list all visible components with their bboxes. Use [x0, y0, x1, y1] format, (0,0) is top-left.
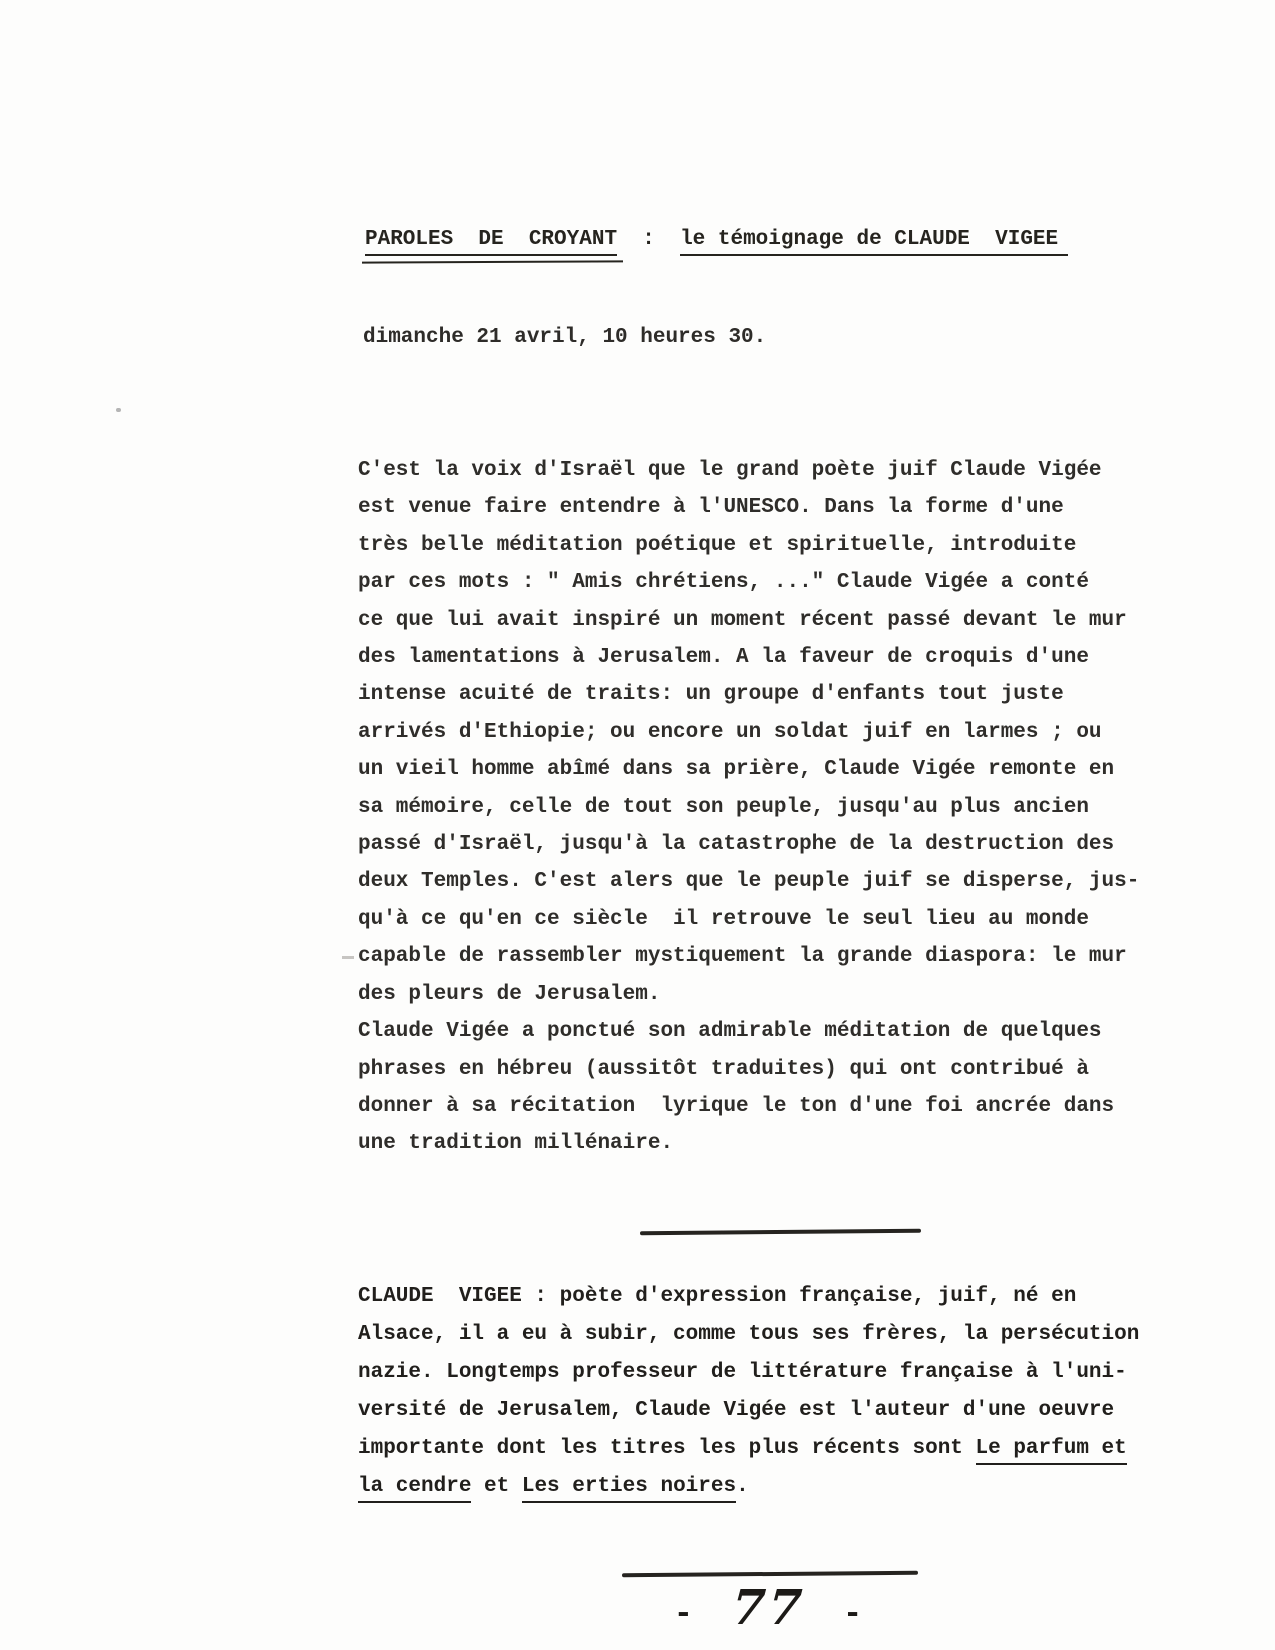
- body-line: des pleurs de Jerusalem.: [358, 976, 1139, 1013]
- bio-line: versité de Jerusalem, Claude Vigée est l…: [358, 1392, 1139, 1430]
- bio-line: importante dont les titres les plus réce…: [358, 1430, 1139, 1468]
- bio-line: CLAUDE VIGEE : poète d'expression frança…: [358, 1278, 1139, 1316]
- body-line: arrivés d'Ethiopie; ou encore un soldat …: [358, 714, 1139, 751]
- book-title-les-erties-noires: Les erties noires: [522, 1475, 736, 1503]
- body-line: sa mémoire, celle de tout son peuple, ju…: [358, 789, 1139, 826]
- body-line: un vieil homme abîmé dans sa prière, Cla…: [358, 751, 1139, 788]
- section-divider: [640, 1229, 921, 1235]
- page-number-dash-left: -: [677, 1595, 689, 1630]
- body-line: C'est la voix d'Israël que le grand poèt…: [358, 452, 1139, 489]
- book-title-le-parfum: Le parfum et: [976, 1437, 1127, 1465]
- bio-paragraph: CLAUDE VIGEE : poète d'expression frança…: [358, 1278, 1139, 1505]
- page-number-value: 77: [730, 1580, 807, 1636]
- body-line: une tradition millénaire.: [358, 1125, 1139, 1162]
- bio-line: la cendre et Les erties noires.: [358, 1468, 1139, 1506]
- dateline: dimanche 21 avril, 10 heures 30.: [363, 326, 766, 349]
- title-separator: :: [617, 228, 680, 251]
- body-line: deux Temples. C'est alers que le peuple …: [358, 863, 1139, 900]
- body-line: ce que lui avait inspiré un moment récen…: [358, 602, 1139, 639]
- faint-dash-artifact: [342, 956, 354, 959]
- body-line: est venue faire entendre à l'UNESCO. Dan…: [358, 489, 1139, 526]
- body-paragraph: C'est la voix d'Israël que le grand poèt…: [358, 452, 1139, 1163]
- footer-divider: [622, 1571, 918, 1578]
- body-line: donner à sa récitation lyrique le ton d'…: [358, 1088, 1139, 1125]
- page-number: - 77 -: [618, 1580, 918, 1636]
- body-line: très belle méditation poétique et spirit…: [358, 527, 1139, 564]
- bio-line: nazie. Longtemps professeur de littératu…: [358, 1354, 1139, 1392]
- body-line: capable de rassembler mystiquement la gr…: [358, 938, 1139, 975]
- body-line: phrases en hébreu (aussitôt traduites) q…: [358, 1051, 1139, 1088]
- bio-line: Alsace, il a eu à subir, comme tous ses …: [358, 1316, 1139, 1354]
- body-line: des lamentations à Jerusalem. A la faveu…: [358, 639, 1139, 676]
- body-line: passé d'Israël, jusqu'à la catastrophe d…: [358, 826, 1139, 863]
- body-line: par ces mots : " Amis chrétiens, ..." Cl…: [358, 564, 1139, 601]
- page-number-dash-right: -: [846, 1595, 858, 1630]
- body-line: intense acuité de traits: un groupe d'en…: [358, 676, 1139, 713]
- body-line: qu'à ce qu'en ce siècle il retrouve le s…: [358, 901, 1139, 938]
- document-page: PAROLES DE CROYANT : le témoignage de CL…: [0, 0, 1275, 1650]
- title-part-2: le témoignage de CLAUDE VIGEE: [680, 228, 1068, 256]
- book-title-la-cendre: la cendre: [358, 1475, 471, 1503]
- bio-line5-text: importante dont les titres les plus réce…: [358, 1437, 976, 1460]
- document-title: PAROLES DE CROYANT : le témoignage de CL…: [365, 228, 1068, 251]
- scan-speck: [116, 408, 121, 412]
- bio-line6-text: et: [471, 1475, 521, 1498]
- title-part-1: PAROLES DE CROYANT: [365, 228, 617, 256]
- bio-line6-period: .: [736, 1475, 749, 1498]
- body-line: Claude Vigée a ponctué son admirable méd…: [358, 1013, 1139, 1050]
